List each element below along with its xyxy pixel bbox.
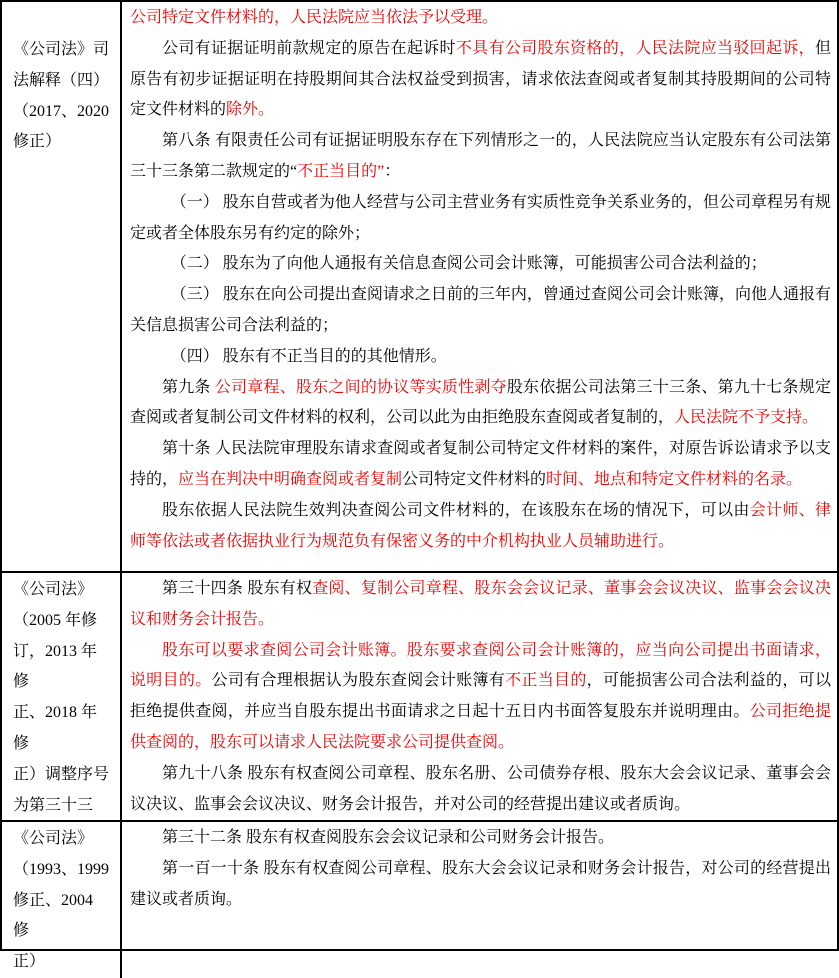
law-source-cell: 《公司法》 （2005 年修 订，2013 年修 正、2018 年修 正）调整序… (2, 573, 122, 820)
provision-paragraph: 第三十二条 股东有权查阅股东会会议记录和公司财务会计报告。 (130, 823, 831, 854)
highlighted-text-segment: 不正当目的 (505, 672, 587, 689)
highlighted-text-segment: 人民法院不予支持。 (674, 409, 818, 426)
provision-paragraph: 股东依据人民法院生效判决查阅公司文件材料的，在该股东在场的情况下，可以由会计师、… (130, 496, 831, 558)
provision-paragraph: 第一百一十条 股东有权查阅公司章程、股东大会会议记录和财务会计报告，对公司的经营… (130, 854, 831, 916)
provision-cell: 第三十二条 股东有权查阅股东会会议记录和公司财务会计报告。第一百一十条 股东有权… (122, 822, 837, 978)
highlighted-text-segment: 公司特定文件材料的，人民法院应当依法予以受理。 (130, 9, 498, 26)
highlighted-text-segment: 应当在判决中明确查阅或者复制 (178, 471, 402, 488)
text-segment: 股东依据人民法院生效判决查阅公司文件材料的，在该股东在场的情况下，可以由 (162, 502, 750, 519)
provision-paragraph: 第九十八条 股东有权查阅公司章程、股东名册、公司债券存根、股东大会会议记录、董事… (130, 759, 831, 820)
highlighted-text-segment: 不正当目的” (297, 163, 384, 180)
provision-paragraph: 第十条 人民法院审理股东请求查阅或者复制公司特定文件材料的案件，对原告诉讼请求予… (130, 434, 831, 496)
text-segment: （三） 股东在向公司提出查阅请求之日前的三年内，曾通过查阅公司会计账簿，向他人通… (130, 286, 831, 334)
table-row: 《公司法》司 法解释（四） （2017、2020 修正）公司特定文件材料的，人民… (2, 2, 837, 573)
table-row: 《公司法》 （2005 年修 订，2013 年修 正、2018 年修 正）调整序… (2, 573, 837, 822)
text-segment: 第一百一十条 股东有权查阅公司章程、股东大会会议记录和财务会计报告，对公司的经营… (130, 860, 831, 908)
text-segment: 第九条 (162, 379, 215, 396)
highlighted-text-segment: 不具有公司股东资格的，人民法院应当驳回起诉， (456, 40, 815, 57)
table-row: 《公司法》 （1993、1999 修正、2004 修 正）第三十二条 股东有权查… (2, 822, 837, 978)
provision-paragraph: 第八条 有限责任公司有证据证明股东存在下列情形之一的，人民法院应当认定股东有公司… (130, 126, 831, 188)
text-segment: 第八条 有限责任公司有证据证明股东存在下列情形之一的，人民法院应当认定股东有公司… (130, 132, 831, 180)
law-table: 《公司法》司 法解释（四） （2017、2020 修正）公司特定文件材料的，人民… (0, 0, 839, 951)
provision-paragraph: 公司有证据证明前款规定的原告在起诉时不具有公司股东资格的，人民法院应当驳回起诉，… (130, 34, 831, 126)
text-segment: （二） 股东为了向他人通报有关信息查阅公司会计账簿，可能损害公司合法利益的； (171, 255, 767, 272)
provision-paragraph: 公司特定文件材料的，人民法院应当依法予以受理。 (130, 3, 831, 34)
text-segment: 第九十八条 股东有权查阅公司章程、股东名册、公司债券存根、股东大会会议记录、董事… (130, 765, 831, 813)
law-source-cell: 《公司法》 （1993、1999 修正、2004 修 正） (2, 822, 122, 978)
provision-cell: 公司特定文件材料的，人民法院应当依法予以受理。公司有证据证明前款规定的原告在起诉… (122, 2, 837, 571)
text-segment: 第三十四条 股东有权 (162, 580, 312, 597)
text-segment: 公司有证据证明前款规定的原告在起诉时 (162, 40, 456, 57)
provision-cell: 第三十四条 股东有权查阅、复制公司章程、股东会会议记录、董事会会议决议、监事会会… (122, 573, 837, 820)
provision-paragraph: 第三十四条 股东有权查阅、复制公司章程、股东会会议记录、董事会会议决议、监事会会… (130, 574, 831, 636)
text-segment: 公司特定文件材料的 (402, 471, 546, 488)
provision-paragraph: （一） 股东自营或者为他人经营与公司主营业务有实质性竞争关系业务的，但公司章程另… (130, 188, 831, 250)
legal-document-page: 《公司法》司 法解释（四） （2017、2020 修正）公司特定文件材料的，人民… (0, 0, 839, 951)
text-segment: 第三十二条 股东有权查阅股东会会议记录和公司财务会计报告。 (162, 829, 614, 846)
provision-paragraph: 第九条 公司章程、股东之间的协议等实质性剥夺股东依据公司法第三十三条、第九十七条… (130, 373, 831, 435)
highlighted-text-segment: 除外。 (226, 101, 274, 118)
highlighted-text-segment: 公司章程、股东之间的协议等实质性剥夺 (215, 379, 507, 396)
text-segment: （四） 股东有不正当目的的其他情形。 (171, 348, 447, 365)
text-segment: 公司有合理根据认为股东查阅会计账簿有 (212, 672, 506, 689)
law-source-cell: 《公司法》司 法解释（四） （2017、2020 修正） (2, 2, 122, 571)
text-segment: ： (384, 163, 400, 180)
provision-paragraph: 股东可以要求查阅公司会计账簿。股东要求查阅公司会计账簿的，应当向公司提出书面请求… (130, 636, 831, 759)
text-segment: （一） 股东自营或者为他人经营与公司主营业务有实质性竞争关系业务的，但公司章程另… (130, 194, 831, 242)
provision-paragraph: （二） 股东为了向他人通报有关信息查阅公司会计账簿，可能损害公司合法利益的； (130, 249, 831, 280)
provision-paragraph: （三） 股东在向公司提出查阅请求之日前的三年内，曾通过查阅公司会计账簿，向他人通… (130, 280, 831, 342)
provision-paragraph: （四） 股东有不正当目的的其他情形。 (130, 342, 831, 373)
highlighted-text-segment: 时间、地点和特定文件材料的名录。 (546, 471, 802, 488)
